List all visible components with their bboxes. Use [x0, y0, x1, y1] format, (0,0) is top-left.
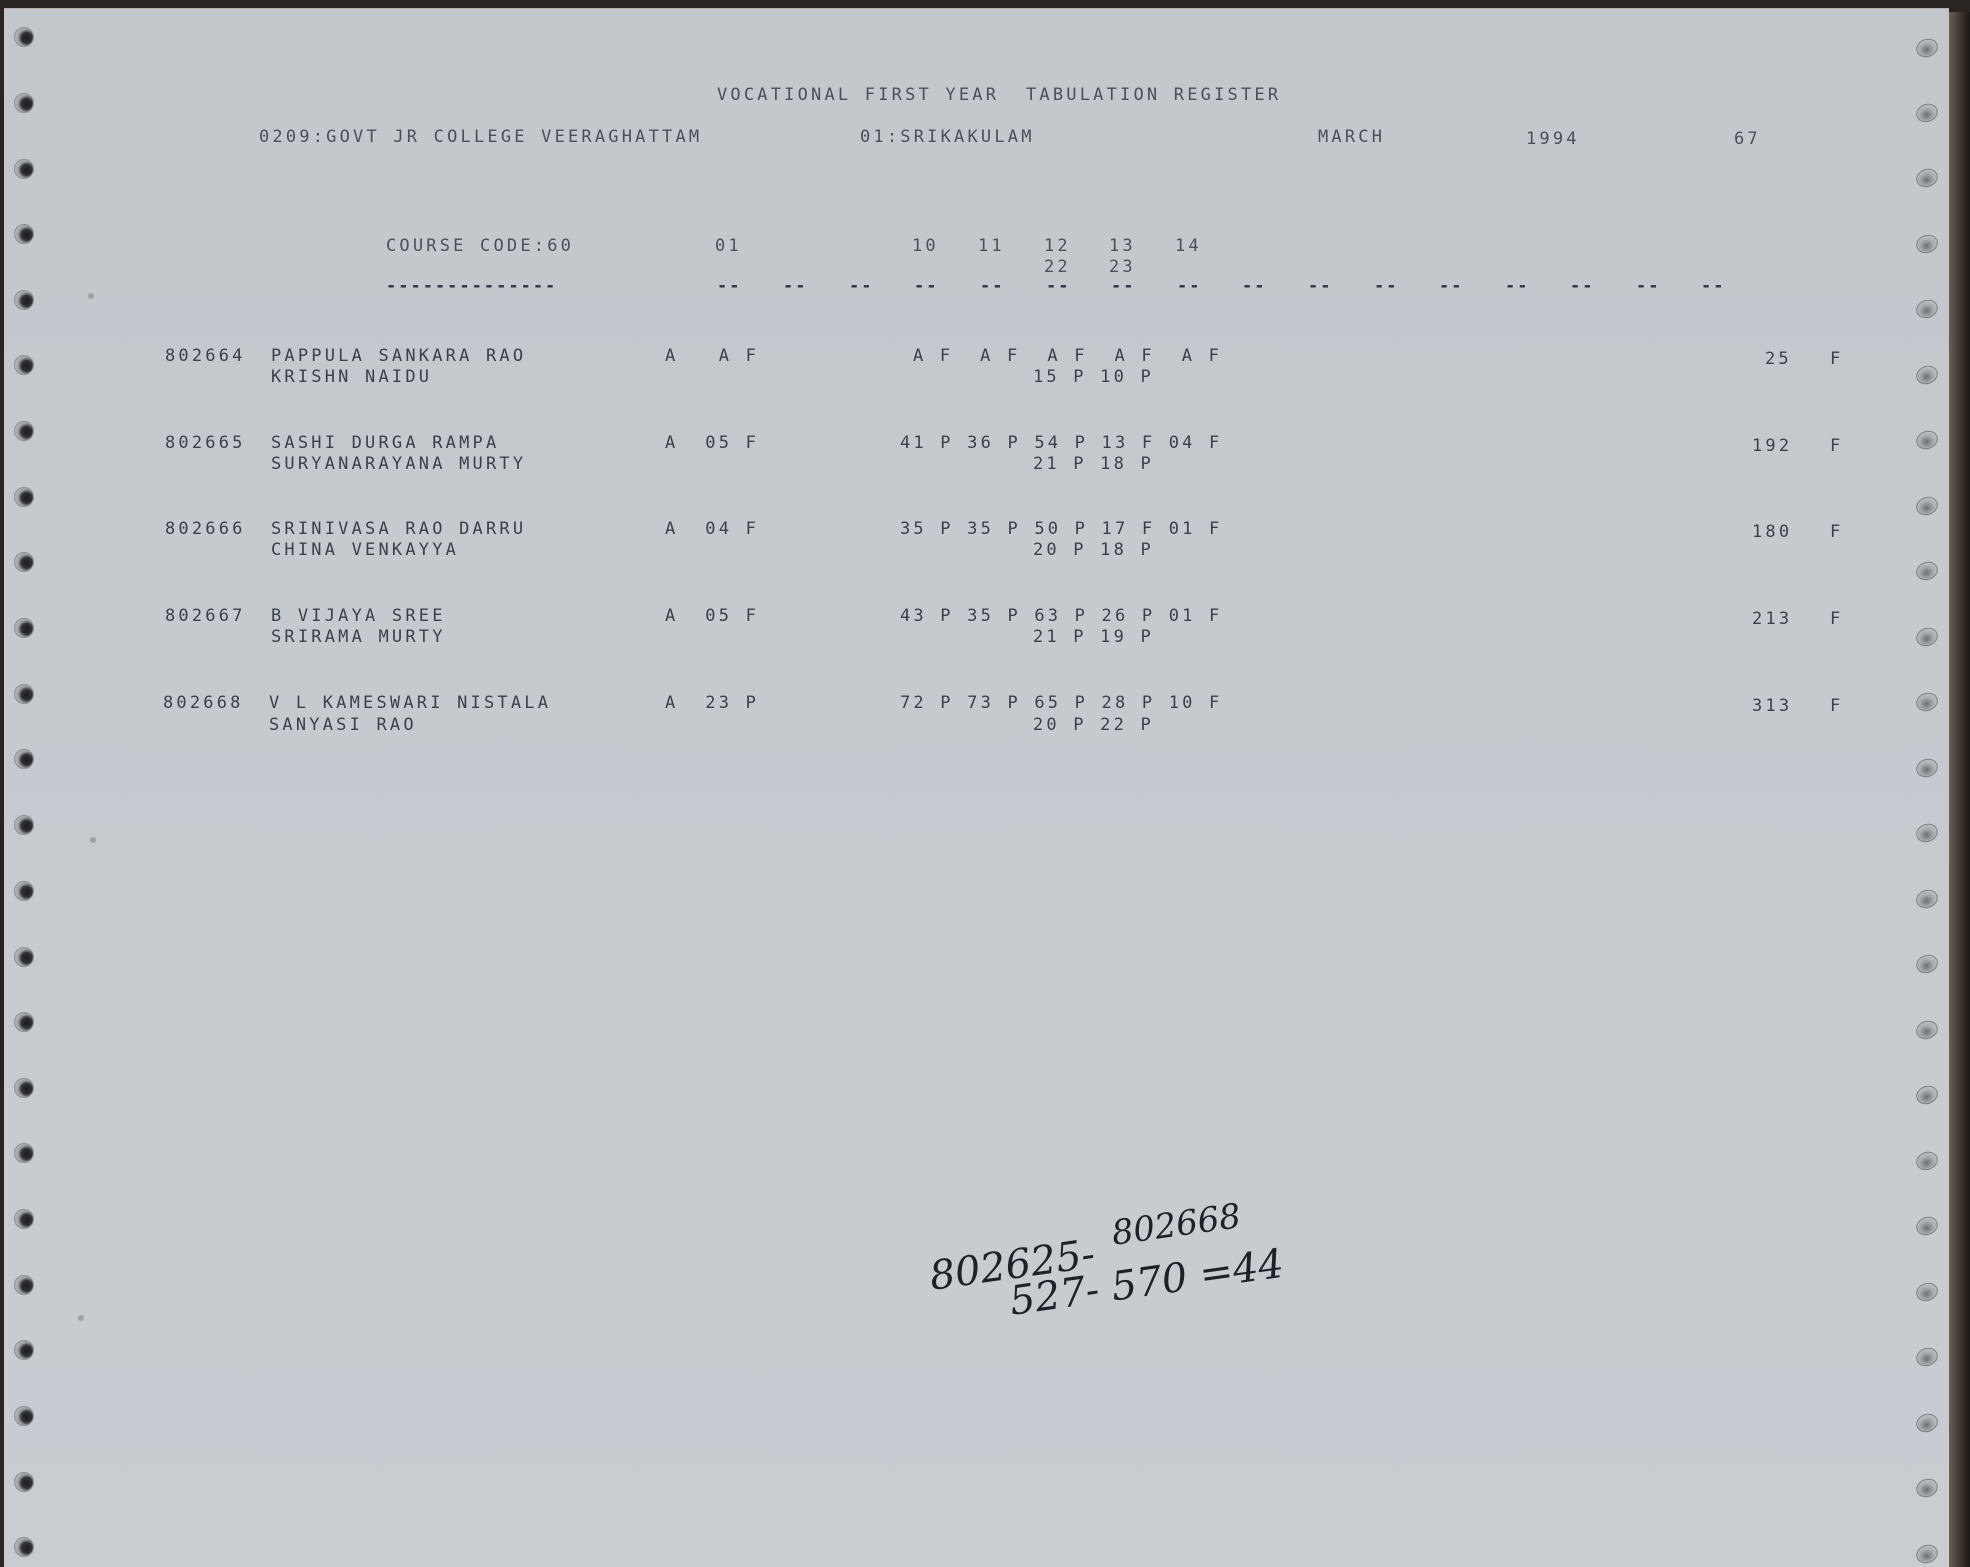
student-name: PAPPULA SANKARA RAO: [271, 346, 526, 366]
result-status: F: [1830, 609, 1843, 629]
subject-code-13: 13: [1109, 236, 1136, 256]
register-number: 802667: [165, 606, 246, 626]
column-dash: --: [1177, 276, 1201, 296]
total-marks: 213: [1752, 609, 1792, 629]
perforation-hole-icon: [1914, 1083, 1941, 1107]
subject-marks-row2: 21 P 18 P: [1033, 454, 1154, 474]
subject-01-mark: A 05 F: [665, 433, 759, 453]
exam-year: 1994: [1526, 129, 1580, 149]
perforation-hole-icon: [1914, 101, 1941, 125]
total-marks: 192: [1752, 436, 1792, 456]
column-dash: --: [783, 276, 807, 296]
college-name: 0209:GOVT JR COLLEGE VEERAGHATTAM: [259, 127, 702, 147]
student-name: SRINIVASA RAO DARRU: [271, 519, 526, 539]
total-marks: 180: [1752, 522, 1792, 542]
course-code-underline: --------------: [386, 276, 557, 296]
perforation-hole-icon: [1914, 363, 1941, 387]
perforation-hole-icon: [1914, 1149, 1941, 1173]
subject-marks-row1: A F A F A F A F A F: [913, 346, 1222, 366]
right-tractor-holes: [1916, 9, 1946, 1567]
perforation-hole-icon: [1914, 428, 1941, 452]
register-number: 802668: [163, 693, 244, 713]
subject-marks-row2: 20 P 18 P: [1033, 540, 1154, 560]
perforation-hole-icon: [1914, 232, 1941, 256]
report-title: VOCATIONAL FIRST YEAR TABULATION REGISTE…: [717, 85, 1281, 105]
column-dash: --: [849, 276, 873, 296]
handwritten-range-end: 802668: [1109, 1196, 1243, 1254]
perforation-hole-icon: [14, 815, 34, 835]
perforation-hole-icon: [14, 159, 34, 179]
paper-speck: [78, 1315, 84, 1321]
perforation-hole-icon: [14, 1012, 34, 1032]
result-status: F: [1830, 349, 1843, 369]
result-status: F: [1830, 696, 1843, 716]
perforation-hole-icon: [14, 1275, 34, 1295]
tabulation-register-sheet: VOCATIONAL FIRST YEAR TABULATION REGISTE…: [4, 8, 1949, 1567]
perforation-hole-icon: [14, 684, 34, 704]
subject-code-10: 10: [912, 236, 939, 256]
perforation-hole-icon: [1914, 297, 1941, 321]
perforation-hole-icon: [14, 224, 34, 244]
column-dash: --: [1046, 276, 1070, 296]
perforation-hole-icon: [14, 1143, 34, 1163]
perforation-hole-icon: [1914, 1018, 1941, 1042]
perforation-hole-icon: [14, 618, 34, 638]
register-number: 802664: [165, 346, 246, 366]
perforation-hole-icon: [1914, 166, 1941, 190]
course-code-label: COURSE CODE:60: [386, 236, 574, 256]
column-dash: --: [1374, 276, 1398, 296]
student-name: SASHI DURGA RAMPA: [271, 433, 499, 453]
district-name: 01:SRIKAKULAM: [860, 127, 1035, 147]
perforation-hole-icon: [14, 947, 34, 967]
register-number: 802666: [165, 519, 246, 539]
subject-marks-row1: 35 P 35 P 50 P 17 F 01 F: [900, 519, 1222, 539]
column-dash: --: [914, 276, 938, 296]
perforation-hole-icon: [1914, 559, 1941, 583]
perforation-hole-icon: [14, 355, 34, 375]
subject-code-12: 12: [1044, 236, 1071, 256]
subject-marks-row2: 21 P 19 P: [1033, 627, 1154, 647]
result-status: F: [1830, 522, 1843, 542]
perforation-hole-icon: [14, 1340, 34, 1360]
subject-code-11: 11: [978, 236, 1005, 256]
perforation-hole-icon: [14, 1209, 34, 1229]
father-name: CHINA VENKAYYA: [271, 540, 459, 560]
subject-01-mark: A 04 F: [665, 519, 759, 539]
perforation-hole-icon: [1914, 1542, 1941, 1566]
subject-01-mark: A 05 F: [665, 606, 759, 626]
father-name: KRISHN NAIDU: [271, 367, 432, 387]
perforation-hole-icon: [14, 487, 34, 507]
background-edge: [1949, 12, 1970, 1567]
perforation-hole-icon: [14, 1537, 34, 1557]
perforation-hole-icon: [14, 881, 34, 901]
subject-code-14: 14: [1175, 236, 1202, 256]
perforation-hole-icon: [14, 749, 34, 769]
perforation-hole-icon: [1914, 821, 1941, 845]
subject-01-mark: A A F: [665, 346, 759, 366]
subject-marks-row1: 41 P 36 P 54 P 13 F 04 F: [900, 433, 1222, 453]
perforation-hole-icon: [14, 1472, 34, 1492]
perforation-hole-icon: [1914, 756, 1941, 780]
subject-code-01: 01: [715, 236, 742, 256]
column-dash: --: [1439, 276, 1463, 296]
register-number: 802665: [165, 433, 246, 453]
perforation-hole-icon: [14, 27, 34, 47]
perforation-hole-icon: [14, 1406, 34, 1426]
perforation-hole-icon: [1914, 1280, 1941, 1304]
student-name: B VIJAYA SREE: [271, 606, 446, 626]
perforation-hole-icon: [1914, 1345, 1941, 1369]
paper-speck: [90, 837, 96, 843]
column-dash: --: [1701, 276, 1725, 296]
subject-marks-row1: 72 P 73 P 65 P 28 P 10 F: [900, 693, 1222, 713]
column-dash: --: [1242, 276, 1266, 296]
perforation-hole-icon: [1914, 494, 1941, 518]
perforation-hole-icon: [14, 93, 34, 113]
subject-code-23: 23: [1109, 257, 1136, 277]
page-number: 67: [1734, 129, 1761, 149]
father-name: SANYASI RAO: [269, 715, 417, 735]
perforation-hole-icon: [1914, 887, 1941, 911]
perforation-hole-icon: [1914, 36, 1941, 60]
perforation-hole-icon: [14, 552, 34, 572]
perforation-hole-icon: [1914, 1411, 1941, 1435]
column-dash: --: [980, 276, 1004, 296]
perforation-hole-icon: [1914, 690, 1941, 714]
father-name: SRIRAMA MURTY: [271, 627, 446, 647]
total-marks: 25: [1765, 349, 1792, 369]
subject-marks-row2: 15 P 10 P: [1033, 367, 1154, 387]
column-dash: --: [1570, 276, 1594, 296]
perforation-hole-icon: [1914, 1214, 1941, 1238]
student-name: V L KAMESWARI NISTALA: [269, 693, 551, 713]
perforation-hole-icon: [1914, 625, 1941, 649]
column-dash: --: [1505, 276, 1529, 296]
perforation-hole-icon: [1914, 1476, 1941, 1500]
father-name: SURYANARAYANA MURTY: [271, 454, 526, 474]
column-dash: --: [1308, 276, 1332, 296]
perforation-hole-icon: [14, 1078, 34, 1098]
subject-marks-row2: 20 P 22 P: [1033, 715, 1154, 735]
perforation-hole-icon: [14, 421, 34, 441]
column-dash: --: [1636, 276, 1660, 296]
left-tractor-holes: [14, 9, 44, 1567]
total-marks: 313: [1752, 696, 1792, 716]
perforation-hole-icon: [14, 290, 34, 310]
subject-code-22: 22: [1044, 257, 1071, 277]
column-dash: --: [717, 276, 741, 296]
paper-speck: [88, 293, 94, 299]
exam-month: MARCH: [1318, 127, 1385, 147]
column-dash: --: [1111, 276, 1135, 296]
perforation-hole-icon: [1914, 952, 1941, 976]
subject-01-mark: A 23 P: [665, 693, 759, 713]
result-status: F: [1830, 436, 1843, 456]
subject-marks-row1: 43 P 35 P 63 P 26 P 01 F: [900, 606, 1222, 626]
